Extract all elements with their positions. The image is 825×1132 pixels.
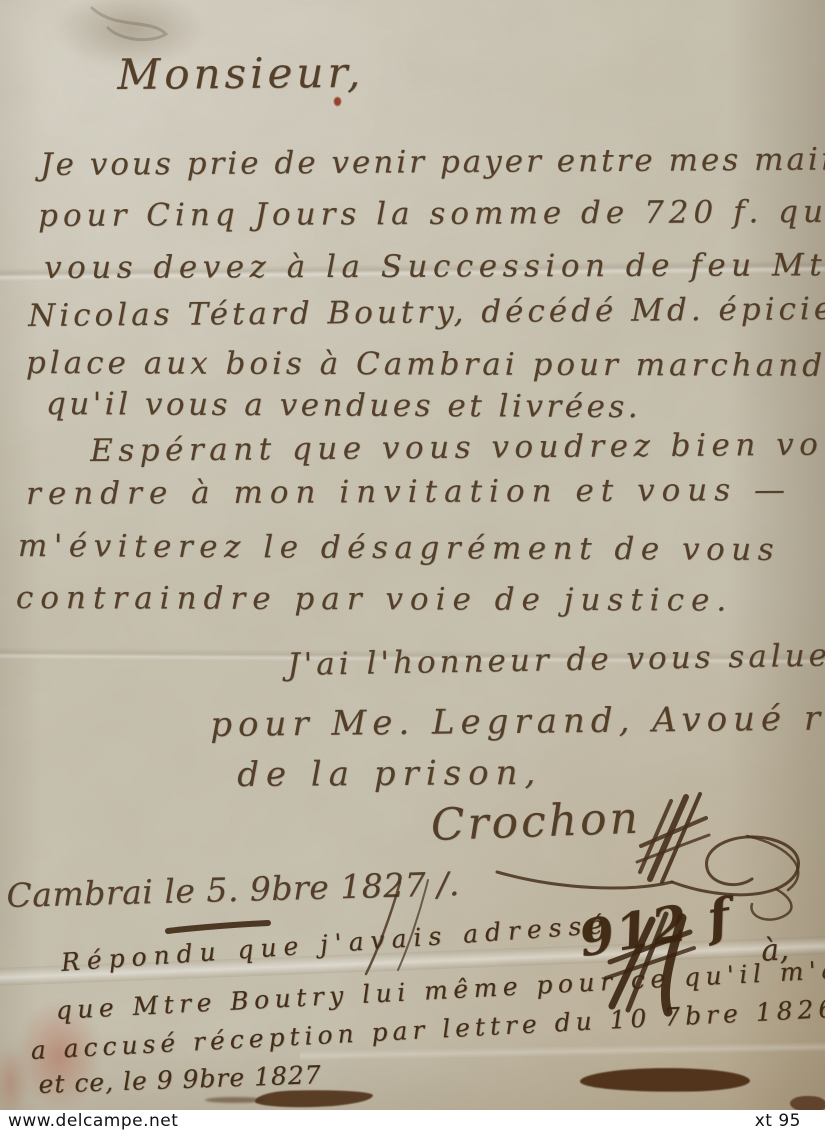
body-line: qu'il vous a vendues et livrées. <box>46 386 641 425</box>
annotation-line: Répondu que j'avais adressé <box>60 910 611 977</box>
annotation-amount: 912 f <box>575 886 736 968</box>
closing-line: pour Me. Legrand, Avoué rue <box>210 698 825 745</box>
body-line: pour Cinq Jours la somme de 720 f. que <box>38 194 825 234</box>
red-ink-dot <box>333 96 342 107</box>
annotation-line: et ce, le 9 9bre 1827 <box>38 1060 322 1099</box>
salutation: Monsieur, <box>117 48 364 99</box>
ink-blot <box>580 1067 750 1094</box>
signature: Crochon <box>430 793 642 851</box>
watermark-code: xt 95 <box>755 1111 801 1131</box>
ink-blot <box>205 1097 265 1103</box>
closing-line: J'ai l'honneur de vous saluer <box>287 637 825 683</box>
body-line: Espérant que vous voudrez bien vous <box>90 426 825 469</box>
body-line: Je vous prie de venir payer entre mes ma… <box>40 141 825 183</box>
body-line: vous devez à la Succession de feu Mt. <box>44 247 825 286</box>
dateline: Cambrai le 5. 9bre 1827 /. <box>6 864 460 915</box>
letter-page: Monsieur, Je vous prie de venir payer en… <box>0 0 825 1132</box>
red-wax-smudge <box>0 1046 28 1118</box>
body-line: Nicolas Tétard Boutry, décédé Md. épicie… <box>28 291 825 334</box>
closing-line: de la prison, <box>237 753 542 795</box>
body-line: contraindre par voie de justice. <box>16 580 733 619</box>
ink-blot <box>255 1088 373 1108</box>
body-line: rendre à mon invitation et vous — <box>26 472 792 512</box>
body-line: place aux bois à Cambrai pour marchandis… <box>26 345 825 384</box>
watermark-site: www.delcampe.net <box>8 1111 178 1131</box>
body-line: m'éviterez le désagrément de vous <box>18 528 780 568</box>
watermark-bar: www.delcampe.net xt 95 <box>0 1110 825 1132</box>
